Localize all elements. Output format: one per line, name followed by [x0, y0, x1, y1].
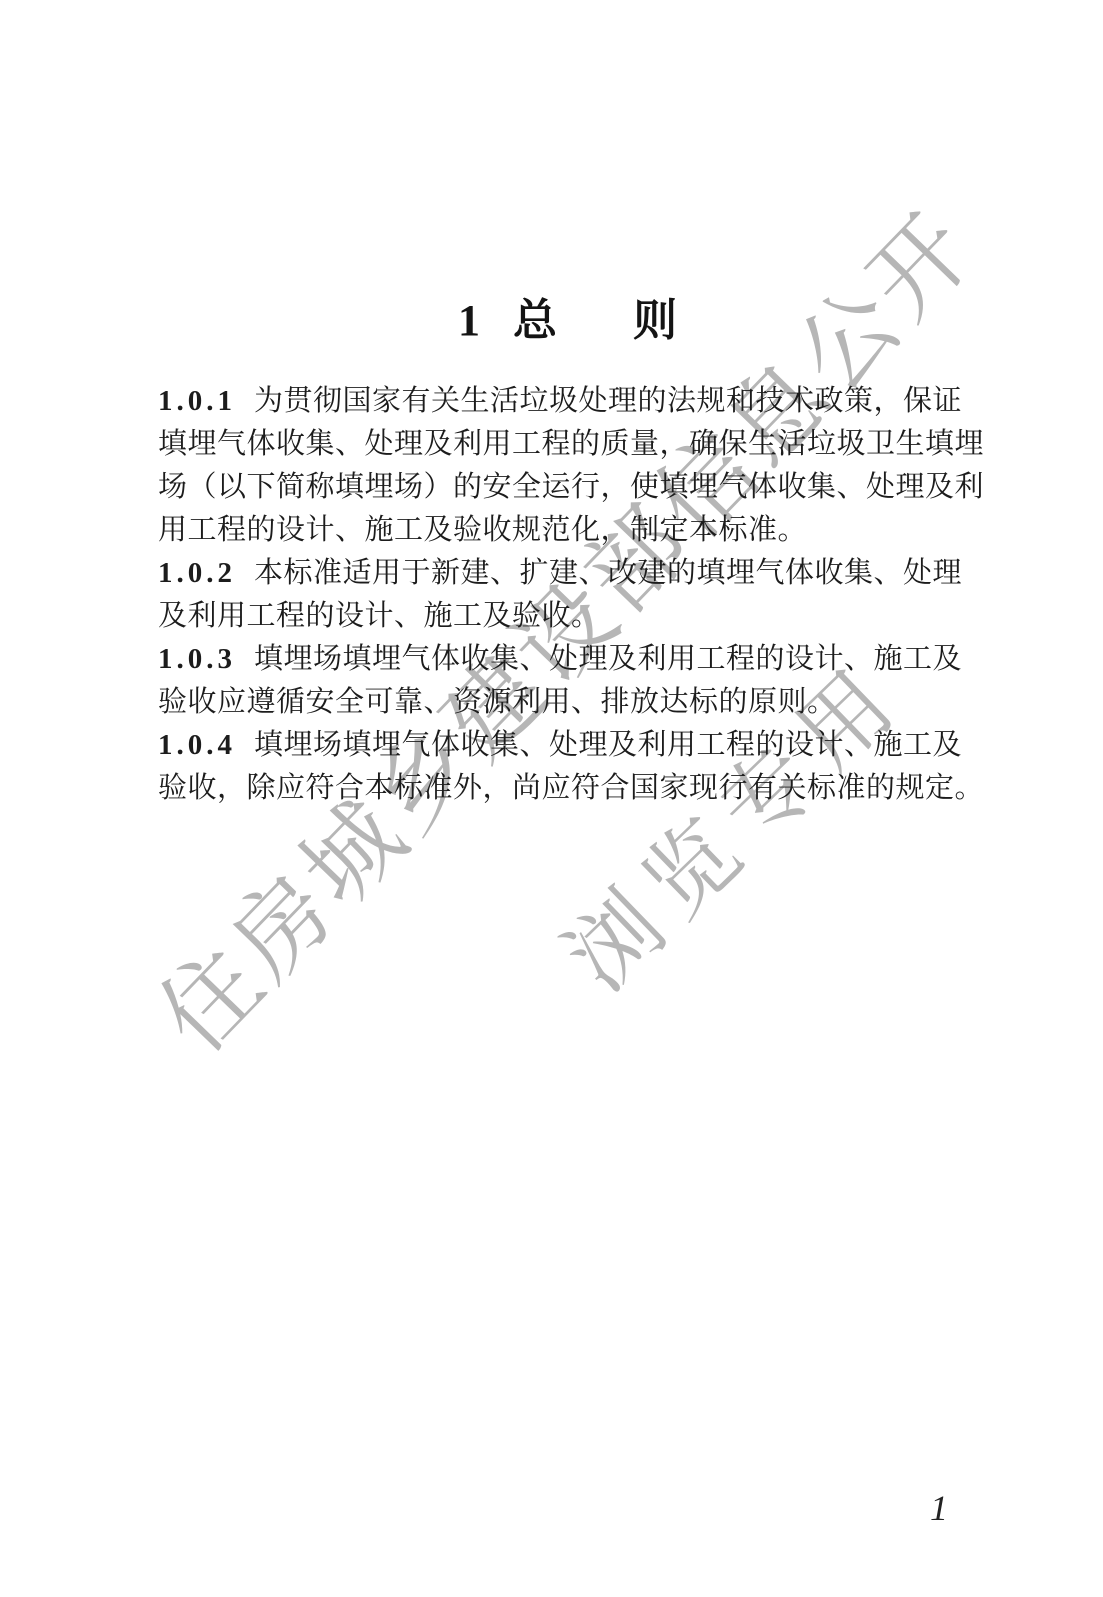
clause-number: 1.0.4 — [158, 729, 236, 761]
clause-text: 填埋场填埋气体收集、处理及利用工程的设计、施工及 — [254, 643, 962, 675]
page-number: 1 — [930, 1488, 948, 1528]
clause-number: 1.0.3 — [158, 643, 236, 675]
clause-line: 验收，除应符合本标准外，尚应符合国家现行有关标准的规定。 — [158, 767, 968, 810]
clause-text: 本标准适用于新建、扩建、改建的填埋气体收集、处理 — [254, 557, 962, 589]
chapter-number: 1 — [458, 297, 480, 345]
clause-line: 及利用工程的设计、施工及验收。 — [158, 595, 968, 638]
clause-line: 用工程的设计、施工及验收规范化，制定本标准。 — [158, 509, 968, 552]
clause-line: 1.0.1为贯彻国家有关生活垃圾处理的法规和技术政策，保证 — [158, 380, 968, 423]
clause-line: 验收应遵循安全可靠、资源利用、排放达标的原则。 — [158, 681, 968, 724]
clause-text: 填埋场填埋气体收集、处理及利用工程的设计、施工及 — [254, 729, 962, 761]
clause-line: 1.0.4填埋场填埋气体收集、处理及利用工程的设计、施工及 — [158, 724, 968, 767]
body-text: 1.0.1为贯彻国家有关生活垃圾处理的法规和技术政策，保证填埋气体收集、处理及利… — [158, 380, 968, 810]
clause-line: 填埋气体收集、处理及利用工程的质量，确保生活垃圾卫生填埋 — [158, 423, 968, 466]
clause-line: 1.0.2本标准适用于新建、扩建、改建的填埋气体收集、处理 — [158, 552, 968, 595]
clause-line: 1.0.3填埋场填埋气体收集、处理及利用工程的设计、施工及 — [158, 638, 968, 681]
chapter-title: 1 总 则 — [458, 297, 677, 345]
clause-text: 为贯彻国家有关生活垃圾处理的法规和技术政策，保证 — [254, 385, 962, 417]
clause-number: 1.0.1 — [158, 385, 236, 417]
clause-number: 1.0.2 — [158, 557, 236, 589]
document-page: 住房城乡建设部信息公开 浏览专用 1 总 则 1.0.1为贯彻国家有关生活垃圾处… — [0, 0, 1103, 1597]
clause-line: 场（以下简称填埋场）的安全运行，使填埋气体收集、处理及利 — [158, 466, 968, 509]
chapter-title-char-1: 总 — [513, 297, 557, 345]
chapter-title-char-2: 则 — [633, 297, 677, 345]
